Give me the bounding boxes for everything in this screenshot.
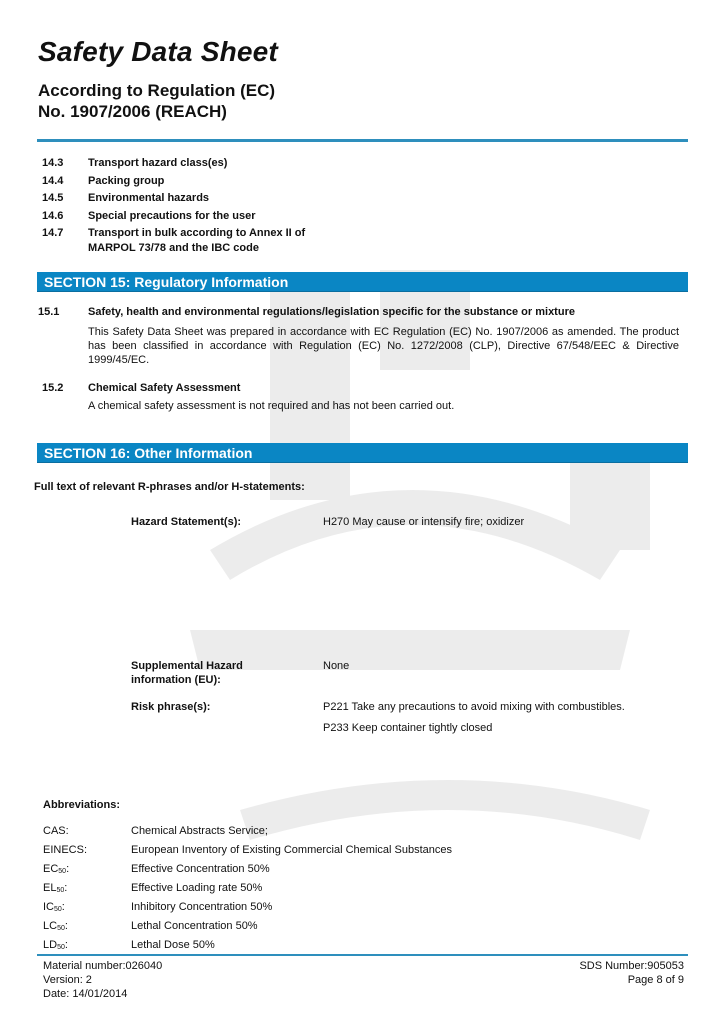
- abbreviation-value: Effective Loading rate 50%: [131, 880, 262, 899]
- list-item: 14.7 Transport in bulk according to Anne…: [42, 225, 348, 256]
- abbreviation-row: EL50: Effective Loading rate 50%: [43, 880, 452, 899]
- supplemental-label-line-1: Supplemental Hazard: [131, 659, 243, 673]
- subtitle-line-2: No. 1907/2006 (REACH): [38, 101, 275, 122]
- abbreviation-row: LC50: Lethal Concentration 50%: [43, 918, 452, 937]
- header-divider: [37, 139, 688, 142]
- item-text: Packing group: [88, 173, 348, 191]
- abbreviation-row: EINECS: European Inventory of Existing C…: [43, 842, 452, 861]
- abbreviation-key: IC50:: [43, 899, 131, 918]
- subsection-15-2-number: 15.2: [42, 382, 63, 394]
- list-item: 14.5 Environmental hazards: [42, 190, 348, 208]
- version: Version: 2: [43, 973, 162, 987]
- list-item: 14.3 Transport hazard class(es): [42, 155, 348, 173]
- list-item: 14.6 Special precautions for the user: [42, 208, 348, 226]
- abbreviation-row: CAS: Chemical Abstracts Service;: [43, 823, 452, 842]
- abbreviation-key: CAS:: [43, 823, 131, 842]
- abbreviation-key: EL50:: [43, 880, 131, 899]
- abbreviation-value: Lethal Concentration 50%: [131, 918, 258, 937]
- item-text: Special precautions for the user: [88, 208, 348, 226]
- abbreviation-value: Inhibitory Concentration 50%: [131, 899, 272, 918]
- abbreviation-row: EC50: Effective Concentration 50%: [43, 861, 452, 880]
- risk-phrase-item: P221 Take any precautions to avoid mixin…: [323, 700, 625, 714]
- subsection-15-1-number: 15.1: [38, 306, 59, 318]
- abbreviation-value: Chemical Abstracts Service;: [131, 823, 268, 842]
- subsection-15-2-title: Chemical Safety Assessment: [88, 382, 240, 394]
- subsection-15-2-body: A chemical safety assessment is not requ…: [88, 400, 454, 412]
- item-number: 14.7: [42, 225, 88, 256]
- hazard-statement-label: Hazard Statement(s):: [131, 515, 241, 529]
- item-text: Transport in bulk according to Annex II …: [88, 225, 348, 256]
- abbreviation-key: LC50:: [43, 918, 131, 937]
- section-14-list: 14.3 Transport hazard class(es) 14.4 Pac…: [42, 155, 348, 256]
- supplemental-hazard-label: Supplemental Hazard information (EU):: [131, 659, 243, 687]
- abbreviation-value: Effective Concentration 50%: [131, 861, 270, 880]
- subsection-15-1-body: This Safety Data Sheet was prepared in a…: [88, 325, 679, 367]
- risk-phrases-label: Risk phrase(s):: [131, 700, 210, 714]
- footer-right: SDS Number:905053 Page 8 of 9: [579, 959, 684, 987]
- sds-number: SDS Number:905053: [579, 959, 684, 973]
- section-15-heading: SECTION 15: Regulatory Information: [37, 272, 688, 292]
- abbreviations-list: CAS: Chemical Abstracts Service; EINECS:…: [43, 823, 452, 956]
- abbreviations-title: Abbreviations:: [43, 799, 120, 811]
- abbreviation-value: European Inventory of Existing Commercia…: [131, 842, 452, 861]
- subtitle-line-1: According to Regulation (EC): [38, 80, 275, 101]
- document-subtitle: According to Regulation (EC) No. 1907/20…: [38, 80, 275, 122]
- item-number: 14.3: [42, 155, 88, 173]
- subsection-15-1-title: Safety, health and environmental regulat…: [88, 306, 575, 318]
- list-item: 14.4 Packing group: [42, 173, 348, 191]
- item-number: 14.4: [42, 173, 88, 191]
- footer-left: Material number:026040 Version: 2 Date: …: [43, 959, 162, 1001]
- document-title: Safety Data Sheet: [38, 36, 278, 68]
- risk-phrase-item: P233 Keep container tightly closed: [323, 721, 492, 735]
- abbreviation-key: EC50:: [43, 861, 131, 880]
- item-text: Transport hazard class(es): [88, 155, 348, 173]
- date: Date: 14/01/2014: [43, 987, 162, 1001]
- abbreviation-row: IC50: Inhibitory Concentration 50%: [43, 899, 452, 918]
- footer-divider: [37, 954, 688, 956]
- abbreviation-key: EINECS:: [43, 842, 131, 861]
- page-number: Page 8 of 9: [579, 973, 684, 987]
- material-number: Material number:026040: [43, 959, 162, 973]
- supplemental-hazard-value: None: [323, 659, 349, 673]
- item-text: Environmental hazards: [88, 190, 348, 208]
- hazard-statement-value: H270 May cause or intensify fire; oxidiz…: [323, 515, 524, 529]
- item-number: 14.5: [42, 190, 88, 208]
- supplemental-label-line-2: information (EU):: [131, 673, 243, 687]
- item-number: 14.6: [42, 208, 88, 226]
- section-16-heading: SECTION 16: Other Information: [37, 443, 688, 463]
- full-text-label: Full text of relevant R-phrases and/or H…: [34, 481, 305, 493]
